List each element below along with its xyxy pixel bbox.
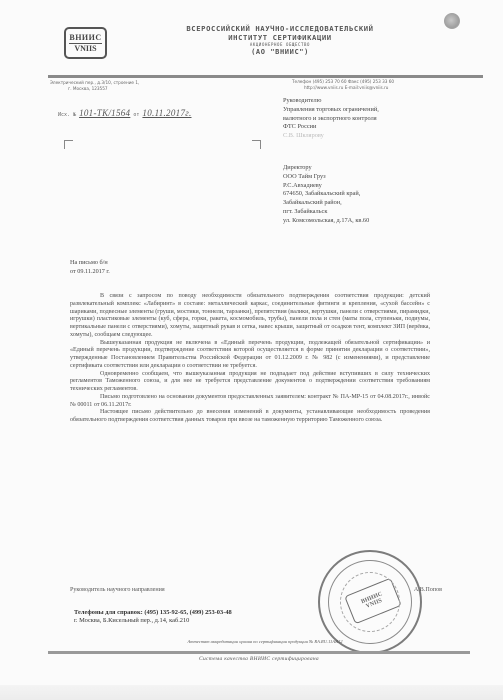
reference-line1: На письмо б/н bbox=[70, 259, 110, 268]
org-address: Электрический пер., д.3/10, строение 1, … bbox=[50, 80, 230, 92]
signatory-position: Руководитель научного направления bbox=[70, 587, 165, 593]
logo-line-en: VNIIS bbox=[74, 44, 96, 54]
recipient-secondary-line: ООО Тайм Груз bbox=[283, 173, 369, 182]
vniis-logo: ВНИИС VNIIS bbox=[64, 27, 107, 59]
reference-block: На письмо б/н от 09.11.2017 г. bbox=[70, 259, 110, 276]
address-corner-mark-right bbox=[252, 140, 261, 149]
recipient-secondary-line: Директору bbox=[283, 164, 369, 173]
recipient-primary-line: ФТС России bbox=[283, 123, 379, 132]
inquiry-address: г. Москва, Б.Кисельный пер., д.14, каб.2… bbox=[74, 617, 232, 625]
org-address-line2: г. Москва, 123557 bbox=[50, 86, 230, 92]
inquiry-contacts: Телефоны для справок: (495) 135-92-65, (… bbox=[74, 609, 232, 625]
recipient-secondary-line: Забайкальский район, bbox=[283, 199, 369, 208]
recipient-primary-line: валютного и экспортного контроля bbox=[283, 115, 379, 124]
header-divider bbox=[48, 75, 483, 78]
recipient-primary-line: С.В. Шклярову bbox=[283, 132, 379, 141]
org-name-line1: ВСЕРОССИЙСКИЙ НАУЧНО-ИССЛЕДОВАТЕЛЬСКИЙ bbox=[150, 24, 410, 33]
recipient-secondary-line: пгт. Забайкальск bbox=[283, 208, 369, 217]
body-paragraph: Настоящее письмо действительно до внесен… bbox=[70, 409, 430, 425]
reference-line2: от 09.11.2017 г. bbox=[70, 268, 110, 277]
footer-quality-system: Система качества ВНИИС сертифицирована bbox=[48, 656, 470, 662]
outgoing-number: Исх. № 101-ТК/1564 от 10.11.2017г. bbox=[58, 108, 192, 118]
recipient-secondary-line: ул. Комсомольская, д.17А, кв.60 bbox=[283, 217, 369, 226]
outgoing-number-value: 101-ТК/1564 bbox=[79, 108, 130, 118]
org-name-line2: ИНСТИТУТ СЕРТИФИКАЦИИ bbox=[150, 33, 410, 42]
org-contacts: Телефон (495) 253 70 60 Факс (495) 253 3… bbox=[292, 79, 492, 91]
outgoing-date: 10.11.2017г. bbox=[142, 108, 191, 118]
organization-header: ВСЕРОССИЙСКИЙ НАУЧНО-ИССЛЕДОВАТЕЛЬСКИЙ И… bbox=[150, 24, 410, 57]
inquiry-phones: Телефоны для справок: (495) 135-92-65, (… bbox=[74, 609, 232, 617]
address-corner-mark-left bbox=[64, 140, 73, 149]
letter-body: В связи с запросом по поводу необходимос… bbox=[70, 293, 430, 425]
org-web-email: http://www.vniis.ru E-mail:vniis@vniis.r… bbox=[292, 85, 492, 91]
recipient-secondary-line: 674650, Забайкальский край, bbox=[283, 190, 369, 199]
recipient-primary-line: Руководителю bbox=[283, 97, 379, 106]
outgoing-date-prefix: от bbox=[133, 112, 139, 118]
scan-bottom-edge bbox=[0, 685, 503, 700]
org-short-name: (АО "ВНИИС") bbox=[150, 48, 410, 57]
body-paragraph: В связи с запросом по поводу необходимос… bbox=[70, 293, 430, 340]
stamp-line1: ВНИИС bbox=[360, 591, 383, 605]
stamp-line2: VNIIS bbox=[365, 598, 383, 610]
body-paragraph: Вышеуказанная продукция не включена в «Е… bbox=[70, 340, 430, 371]
stamp-logo: ВНИИС VNIIS bbox=[344, 578, 402, 625]
recipient-primary-line: Управления торговых ограничений, bbox=[283, 106, 379, 115]
body-paragraph: Письмо подготовлено на основании докумен… bbox=[70, 394, 430, 410]
outgoing-prefix: Исх. № bbox=[58, 112, 76, 118]
body-paragraph: Одновременно сообщаем, что вышеуказанная… bbox=[70, 371, 430, 394]
document-page: ВНИИС VNIIS ВСЕРОССИЙСКИЙ НАУЧНО-ИССЛЕДО… bbox=[0, 0, 503, 700]
recipient-secondary-line: Р.С.Авхадиеву bbox=[283, 182, 369, 191]
recipient-primary: Руководителю Управления торговых огранич… bbox=[283, 97, 379, 141]
footer-divider bbox=[48, 651, 470, 654]
quality-emblem-icon bbox=[444, 13, 460, 29]
logo-line-ru: ВНИИС bbox=[69, 33, 101, 44]
recipient-secondary: Директору ООО Тайм Груз Р.С.Авхадиеву 67… bbox=[283, 164, 369, 226]
accreditation-note: Аттестат аккредитации органа по сертифик… bbox=[95, 639, 435, 644]
